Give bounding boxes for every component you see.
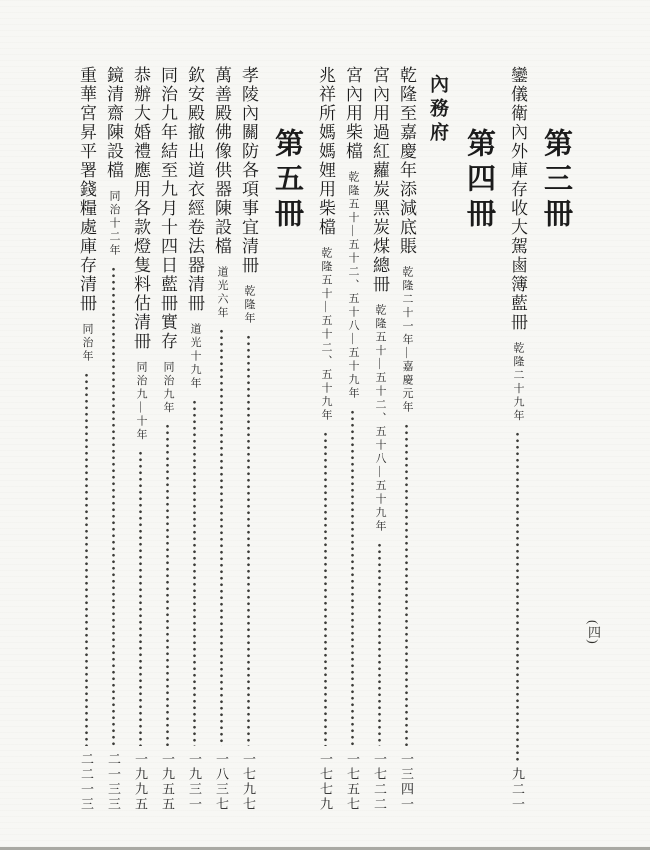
- entry-page-number: 一九五五: [157, 752, 178, 812]
- entry-date: 同治十二年: [103, 190, 124, 258]
- entry-date: 乾隆二十九年: [507, 342, 528, 423]
- dotted-leader: [378, 542, 381, 747]
- entry-title: 鑾儀衛內外庫存收大駕鹵簿藍冊: [507, 66, 528, 332]
- entry-date: 同治九—十年: [130, 361, 151, 442]
- entry-page-number: 一七七九: [315, 752, 336, 812]
- section-subheading: 內務府: [423, 66, 451, 812]
- entry-date: 道光十九年: [184, 323, 205, 391]
- toc-entry: 宮內用過紅蘿炭黑炭煤總冊 乾隆五十—五十二、五十八—五十九年 一七二二: [369, 66, 390, 812]
- folio-marker: (四): [584, 620, 603, 645]
- dotted-leader: [112, 266, 115, 747]
- entry-date: 乾隆二十一年—嘉慶元年: [396, 266, 417, 415]
- entry-title: 欽安殿撤出道衣經卷法器清冊: [184, 66, 205, 313]
- entry-page-number: 一七九七: [238, 752, 259, 812]
- toc-entry: 鑾儀衛內外庫存收大駕鹵簿藍冊 乾隆二十九年 九二一: [507, 66, 528, 812]
- dotted-leader: [351, 409, 354, 747]
- dotted-leader: [324, 431, 327, 747]
- entry-title: 兆祥所媽媽娌用柴檔: [315, 66, 336, 237]
- entry-title: 宮內用柴檔: [342, 66, 363, 161]
- dotted-leader: [85, 372, 88, 747]
- volume-heading: 第三冊: [538, 66, 574, 812]
- entry-page-number: 九二一: [507, 767, 528, 812]
- section-subheading-label: 內務府: [427, 74, 448, 146]
- entry-page-number: 一九九五: [130, 752, 151, 812]
- toc-entry: 孝陵內關防各項事宜清冊 乾隆年 一七九七: [238, 66, 259, 812]
- entry-date: 乾隆年: [238, 285, 259, 326]
- entry-page-number: 一九三一: [184, 752, 205, 812]
- toc-entry: 乾隆至嘉慶年添減底賬 乾隆二十一年—嘉慶元年 一三四一: [396, 66, 417, 812]
- entry-page-number: 二一三三: [103, 752, 124, 812]
- entry-date: 乾隆五十—五十二、五十九年: [315, 247, 336, 423]
- dotted-leader: [516, 431, 519, 761]
- toc-entry: 鏡清齋陳設檔 同治十二年 二一三三: [103, 66, 124, 812]
- entry-title: 同治九年結至九月十四日藍冊實存: [157, 66, 178, 351]
- entry-page-number: 二二一三: [76, 752, 97, 812]
- toc-entry: 宮內用柴檔 乾隆五十—五十二、五十八—五十九年 一七五七: [342, 66, 363, 812]
- dotted-leader: [247, 334, 250, 747]
- entry-title: 鏡清齋陳設檔: [103, 66, 124, 180]
- entry-title: 孝陵內關防各項事宜清冊: [238, 66, 259, 275]
- entry-date: 乾隆五十—五十二、五十八—五十九年: [369, 304, 390, 534]
- dotted-leader: [220, 328, 223, 746]
- toc-entry: 恭辦大婚禮應用各款燈隻料估清冊 同治九—十年 一九九五: [130, 66, 151, 812]
- dotted-leader: [166, 423, 169, 746]
- entry-date: 同治九年: [157, 361, 178, 415]
- entry-title: 重華宮昇平署錢糧處庫存清冊: [76, 66, 97, 313]
- toc-entry: 萬善殿佛像供器陳設檔 道光六年 一八三七: [211, 66, 232, 812]
- entry-page-number: 一三四一: [396, 752, 417, 812]
- entry-date: 乾隆五十—五十二、五十八—五十九年: [342, 171, 363, 401]
- entry-title: 乾隆至嘉慶年添減底賬: [396, 66, 417, 256]
- entry-page-number: 一七二二: [369, 752, 390, 812]
- entry-date: 道光六年: [211, 266, 232, 320]
- toc-entry: 欽安殿撤出道衣經卷法器清冊 道光十九年 一九三一: [184, 66, 205, 812]
- entry-page-number: 一八三七: [211, 752, 232, 812]
- entry-title: 恭辦大婚禮應用各款燈隻料估清冊: [130, 66, 151, 351]
- toc-entry: 重華宮昇平署錢糧處庫存清冊 同治年 二二一三: [76, 66, 97, 812]
- volume-heading: 第四冊: [461, 66, 497, 812]
- volume-heading: 第五冊: [269, 66, 305, 812]
- entry-title: 萬善殿佛像供器陳設檔: [211, 66, 232, 256]
- toc-entry: 兆祥所媽媽娌用柴檔 乾隆五十—五十二、五十九年 一七七九: [315, 66, 336, 812]
- entry-date: 同治年: [76, 323, 97, 364]
- toc-page: 第三冊 鑾儀衛內外庫存收大駕鹵簿藍冊 乾隆二十九年 九二一 第四冊 內務府 乾隆…: [0, 0, 650, 850]
- volume-heading-label: 第三冊: [540, 128, 572, 233]
- dotted-leader: [139, 450, 142, 746]
- volume-heading-label: 第五冊: [271, 128, 303, 233]
- dotted-leader: [193, 399, 196, 747]
- toc-columns: 第三冊 鑾儀衛內外庫存收大駕鹵簿藍冊 乾隆二十九年 九二一 第四冊 內務府 乾隆…: [46, 66, 578, 812]
- entry-title: 宮內用過紅蘿炭黑炭煤總冊: [369, 66, 390, 294]
- volume-heading-label: 第四冊: [463, 128, 495, 233]
- toc-entry: 同治九年結至九月十四日藍冊實存 同治九年 一九五五: [157, 66, 178, 812]
- entry-page-number: 一七五七: [342, 752, 363, 812]
- dotted-leader: [405, 423, 408, 747]
